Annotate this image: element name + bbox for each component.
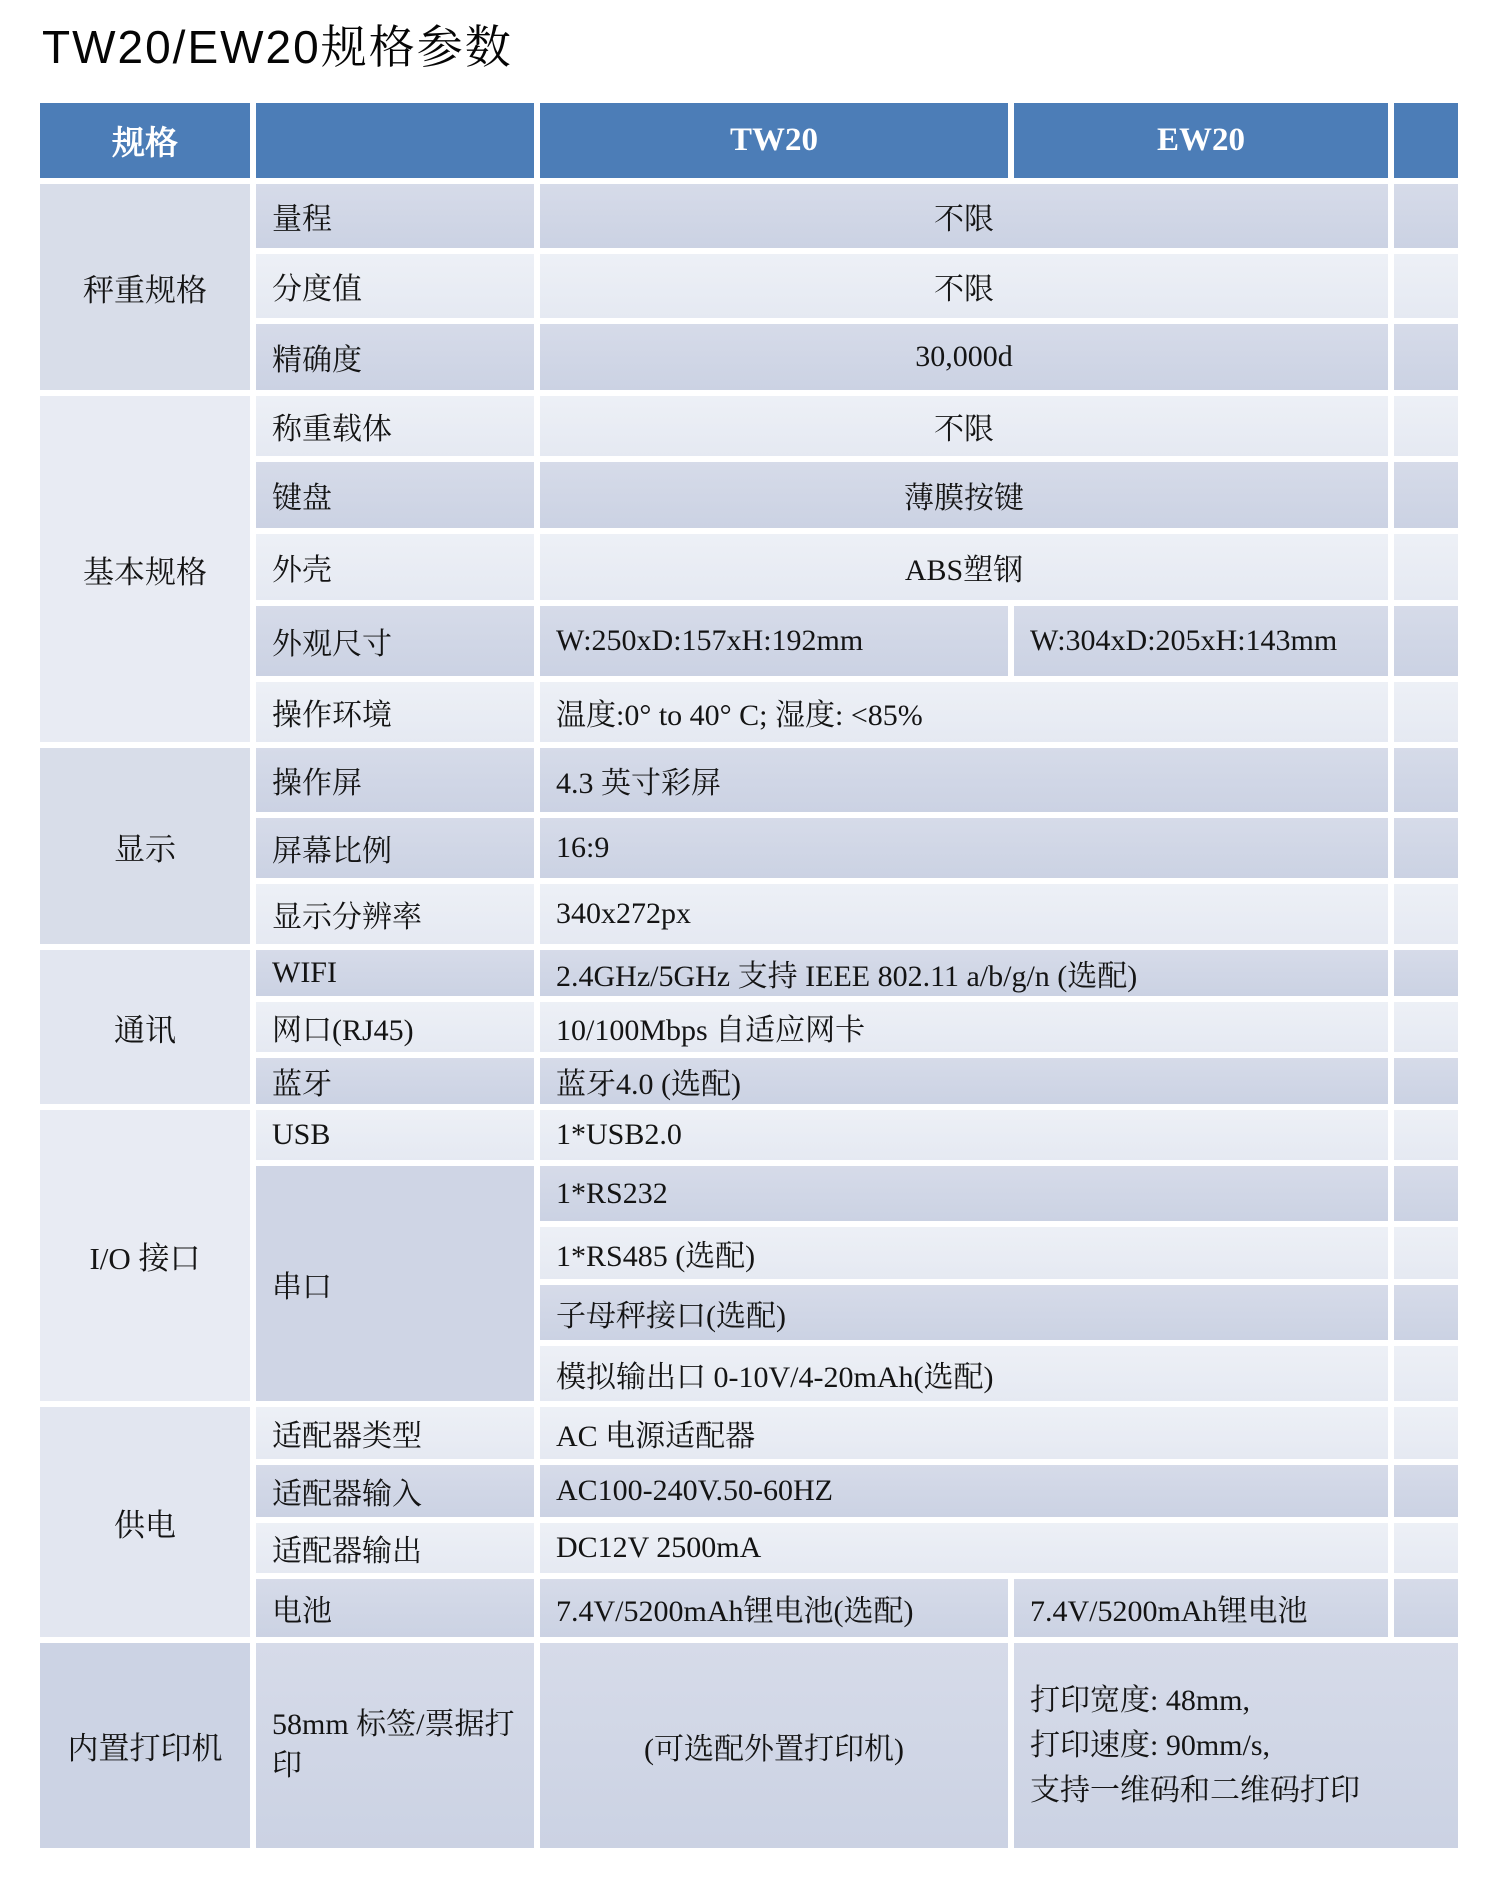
section-comm: 通讯 WIFI 2.4GHz/5GHz 支持 IEEE 802.11 a/b/g… bbox=[40, 950, 1458, 1104]
spec-label: 蓝牙 bbox=[256, 1058, 534, 1104]
spec-label: 量程 bbox=[256, 184, 534, 248]
spec-value: 薄膜按键 bbox=[540, 462, 1388, 528]
filler-cell bbox=[1394, 254, 1458, 318]
spec-value: 温度:0° to 40° C; 湿度: <85% bbox=[540, 682, 1388, 742]
spec-label: 网口(RJ45) bbox=[256, 1002, 534, 1052]
filler-cell bbox=[1394, 1346, 1458, 1401]
spec-value: DC12V 2500mA bbox=[540, 1523, 1388, 1573]
spec-value-tw20: W:250xD:157xH:192mm bbox=[540, 606, 1008, 676]
spec-value: 2.4GHz/5GHz 支持 IEEE 802.11 a/b/g/n (选配) bbox=[540, 950, 1388, 996]
spec-value-serial: 1*RS485 (选配) bbox=[540, 1227, 1388, 1279]
section-io: I/O 接口 USB 1*USB2.0 串口 1*RS232 1*RS485 (… bbox=[40, 1110, 1458, 1401]
spec-label: 外壳 bbox=[256, 534, 534, 600]
filler-cell bbox=[1394, 462, 1458, 528]
spec-value: 340x272px bbox=[540, 884, 1388, 944]
filler-cell bbox=[1394, 1523, 1458, 1573]
spec-label: 电池 bbox=[256, 1579, 534, 1637]
spec-label: 精确度 bbox=[256, 324, 534, 390]
spec-label: 适配器输出 bbox=[256, 1523, 534, 1573]
filler-cell bbox=[1394, 1002, 1458, 1052]
section-weighing: 秤重规格 量程 不限 分度值 不限 精确度 30,000d bbox=[40, 184, 1458, 390]
spec-value-ew20: W:304xD:205xH:143mm bbox=[1014, 606, 1388, 676]
spec-label: WIFI bbox=[256, 950, 534, 996]
section-display: 显示 操作屏 4.3 英寸彩屏 屏幕比例 16:9 显示分辨率 340x272p… bbox=[40, 748, 1458, 944]
filler-cell bbox=[1394, 324, 1458, 390]
header-filler bbox=[1394, 103, 1458, 178]
spec-label-printer: 58mm 标签/票据打印 bbox=[256, 1643, 534, 1848]
group-cell-power: 供电 bbox=[40, 1407, 250, 1637]
header-spec: 规格 bbox=[40, 103, 250, 178]
spec-label: 操作环境 bbox=[256, 682, 534, 742]
spec-label: 适配器输入 bbox=[256, 1465, 534, 1517]
spec-label: 称重载体 bbox=[256, 396, 534, 456]
spec-label: 外观尺寸 bbox=[256, 606, 534, 676]
spec-label: 适配器类型 bbox=[256, 1407, 534, 1459]
spec-value: 蓝牙4.0 (选配) bbox=[540, 1058, 1388, 1104]
spec-label: 键盘 bbox=[256, 462, 534, 528]
header-ew20: EW20 bbox=[1014, 103, 1388, 178]
spec-value-serial: 子母秤接口(选配) bbox=[540, 1285, 1388, 1340]
spec-value-serial: 1*RS232 bbox=[540, 1166, 1388, 1221]
filler-cell bbox=[1394, 1579, 1458, 1637]
filler-cell bbox=[1394, 1465, 1458, 1517]
filler-cell bbox=[1394, 748, 1458, 812]
filler-cell bbox=[1394, 534, 1458, 600]
group-cell-basic: 基本规格 bbox=[40, 396, 250, 742]
spec-value: 4.3 英寸彩屏 bbox=[540, 748, 1388, 812]
group-cell-comm: 通讯 bbox=[40, 950, 250, 1104]
filler-cell bbox=[1394, 606, 1458, 676]
spec-label: 分度值 bbox=[256, 254, 534, 318]
spec-label: 屏幕比例 bbox=[256, 818, 534, 878]
spec-value: ABS塑钢 bbox=[540, 534, 1388, 600]
spec-value-usb: 1*USB2.0 bbox=[540, 1110, 1388, 1160]
spec-value-tw20: (可选配外置打印机) bbox=[540, 1643, 1008, 1848]
filler-cell bbox=[1394, 682, 1458, 742]
spec-label-serial: 串口 bbox=[256, 1166, 534, 1401]
filler-cell bbox=[1394, 1227, 1458, 1279]
header-empty bbox=[256, 103, 534, 178]
spec-value: 不限 bbox=[540, 184, 1388, 248]
spec-value-ew20: 7.4V/5200mAh锂电池 bbox=[1014, 1579, 1388, 1637]
spec-value: AC100-240V.50-60HZ bbox=[540, 1465, 1388, 1517]
section-printer: 内置打印机 58mm 标签/票据打印 (可选配外置打印机) 打印宽度: 48mm… bbox=[40, 1643, 1458, 1848]
table-header-row: 规格 TW20 EW20 bbox=[40, 103, 1458, 178]
section-basic: 基本规格 称重载体 不限 键盘 薄膜按键 外壳 ABS塑钢 外观尺寸 W:250… bbox=[40, 396, 1458, 742]
filler-cell bbox=[1394, 818, 1458, 878]
spec-value: AC 电源适配器 bbox=[540, 1407, 1388, 1459]
group-cell-weighing: 秤重规格 bbox=[40, 184, 250, 390]
spec-value: 16:9 bbox=[540, 818, 1388, 878]
filler-cell bbox=[1394, 1407, 1458, 1459]
spec-value-ew20: 打印宽度: 48mm, 打印速度: 90mm/s, 支持一维码和二维码打印 bbox=[1014, 1643, 1458, 1848]
spec-value-serial: 模拟输出口 0-10V/4-20mAh(选配) bbox=[540, 1346, 1388, 1401]
spec-value: 不限 bbox=[540, 396, 1388, 456]
filler-cell bbox=[1394, 1166, 1458, 1221]
group-cell-printer: 内置打印机 bbox=[40, 1643, 250, 1848]
spec-value: 不限 bbox=[540, 254, 1388, 318]
filler-cell bbox=[1394, 1285, 1458, 1340]
header-tw20: TW20 bbox=[540, 103, 1008, 178]
spec-value-tw20: 7.4V/5200mAh锂电池(选配) bbox=[540, 1579, 1008, 1637]
filler-cell bbox=[1394, 884, 1458, 944]
filler-cell bbox=[1394, 950, 1458, 996]
spec-label: 显示分辨率 bbox=[256, 884, 534, 944]
section-power: 供电 适配器类型 AC 电源适配器 适配器输入 AC100-240V.50-60… bbox=[40, 1407, 1458, 1637]
page-title: TW20/EW20规格参数 bbox=[42, 20, 1500, 75]
group-cell-display: 显示 bbox=[40, 748, 250, 944]
spec-value: 10/100Mbps 自适应网卡 bbox=[540, 1002, 1388, 1052]
filler-cell bbox=[1394, 1058, 1458, 1104]
filler-cell bbox=[1394, 184, 1458, 248]
spec-label-usb: USB bbox=[256, 1110, 534, 1160]
spec-label: 操作屏 bbox=[256, 748, 534, 812]
spec-table: 规格 TW20 EW20 秤重规格 量程 不限 分度值 不限 精确度 30,00… bbox=[40, 103, 1458, 1848]
filler-cell bbox=[1394, 396, 1458, 456]
group-cell-io: I/O 接口 bbox=[40, 1110, 250, 1401]
spec-value: 30,000d bbox=[540, 324, 1388, 390]
filler-cell bbox=[1394, 1110, 1458, 1160]
